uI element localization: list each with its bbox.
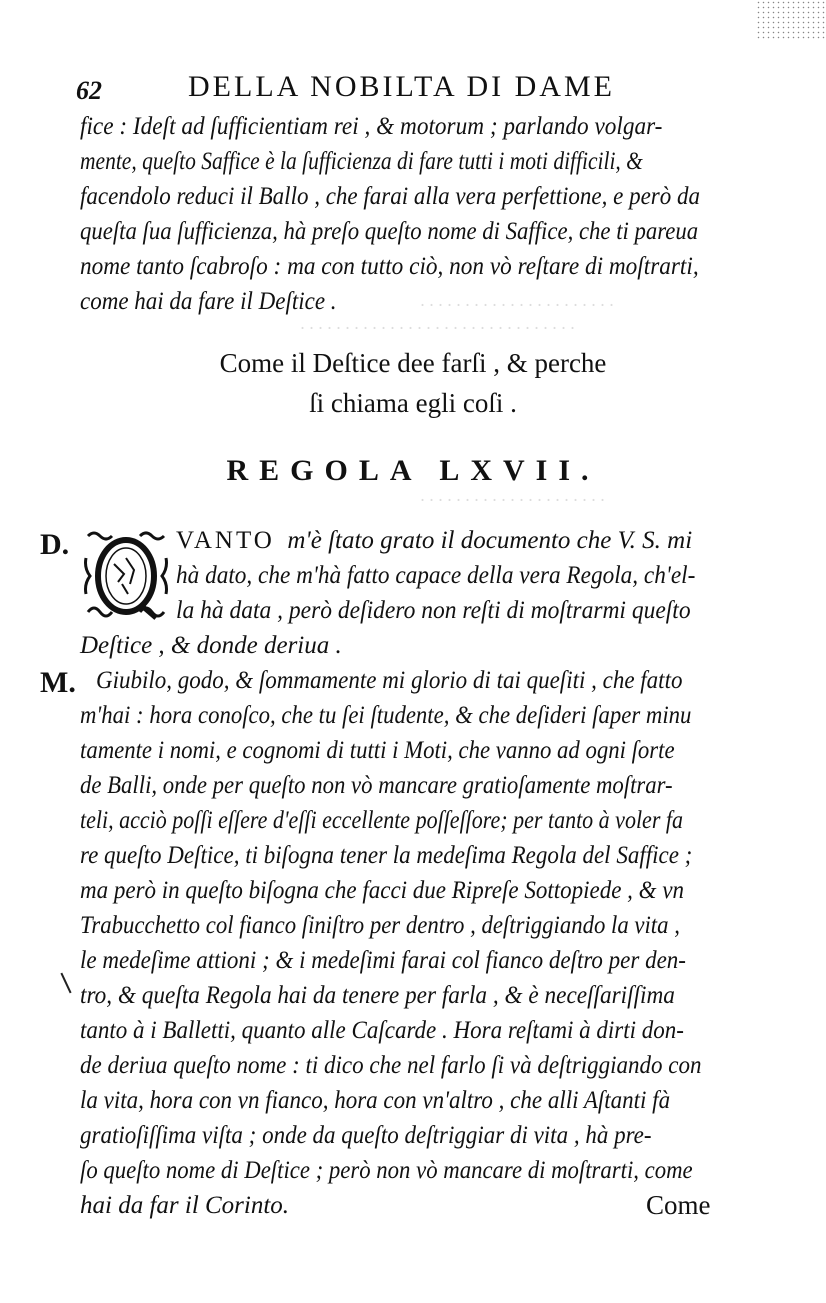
text-line: hai da far il Corinto.	[80, 1189, 289, 1223]
page-number: 62	[76, 76, 102, 106]
text-line: ma però in queſto biſogna che facci due …	[80, 874, 684, 908]
text-line: tro, & queſta Regola hai da tenere per f…	[80, 979, 675, 1013]
text-line: la vita, hora con vn fianco, hora con vn…	[80, 1084, 670, 1118]
bleed-through-text: · · · · · · · · · · · · · · · · · · · · …	[420, 295, 614, 316]
text-line: facendolo reduci il Ballo , che farai al…	[80, 180, 700, 214]
text-line: Trabucchetto col fianco ſiniſtro per den…	[80, 909, 680, 943]
speaker-label-m: M.	[40, 666, 76, 700]
text-line: gratioſiſſima viſta ; onde da queſto deſ…	[80, 1119, 652, 1153]
text-line: hà dato, che m'hà fatto capace della ver…	[176, 559, 695, 593]
first-word: VANTO	[176, 527, 275, 554]
text-line: VANTO m'è ſtato grato il documento che V…	[176, 524, 692, 558]
text-line: come hai da fare il Deſtice .	[80, 285, 337, 319]
text-line: fice : Ideſt ad ſufficientiam rei , & mo…	[80, 110, 662, 144]
text-line: m'hai : hora conoſco, che tu ſei ſtudent…	[80, 699, 691, 733]
text-line: de deriua queſto nome : ti dico che nel …	[80, 1049, 702, 1083]
running-title: DELLA NOBILTA DI DAME	[188, 70, 615, 104]
catchword: Come	[646, 1190, 711, 1221]
text-line: teli, acciò poſſi eſſere d'eſſi eccellen…	[80, 804, 683, 838]
line-text: m'è ſtato grato il documento che V. S. m…	[287, 527, 692, 554]
text-line: Giubilo, godo, & ſommamente mi glorio di…	[96, 664, 682, 698]
bleed-through-text: · · · · · · · · · · · · · · · · · · · · …	[300, 318, 575, 339]
section-heading-line-1: Come il Deſtice dee farſi , & perche	[0, 348, 826, 379]
rule-heading: REGOLA LXVII.	[0, 454, 826, 488]
marginal-mark	[60, 973, 71, 994]
bleed-through-text: · · · · · · · · · · · · · · · · · · · · …	[420, 490, 605, 511]
speaker-label-d: D.	[40, 528, 69, 562]
text-line: ſo queſto nome di Deſtice ; però non vò …	[80, 1154, 693, 1188]
text-line: de Balli, onde per queſto non vò mancare…	[80, 769, 673, 803]
text-line: Deſtice , & donde deriua .	[80, 629, 342, 663]
text-line: mente, queſto Saffice è la ſufficienza d…	[80, 145, 643, 179]
text-line: tamente i nomi, e cognomi di tutti i Mot…	[80, 734, 675, 768]
scan-noise	[756, 0, 826, 40]
text-line: nome tanto ſcabroſo : ma con tutto ciò, …	[80, 250, 699, 284]
section-heading-line-2: ſi chiama egli coſi .	[0, 388, 826, 419]
text-line: re queſto Deſtice, ti biſogna tener la m…	[80, 839, 692, 873]
text-line: le medeſime attioni ; & i medeſimi farai…	[80, 944, 686, 978]
ornamental-drop-cap-icon	[82, 528, 170, 620]
running-head: 62 DELLA NOBILTA DI DAME	[76, 70, 696, 110]
book-page: · · · · · · · · · · · · · · · · · · · · …	[0, 0, 826, 1303]
text-line: queſta ſua ſufficienza, hà preſo queſto …	[80, 215, 698, 249]
text-line: tanto à i Balletti, quanto alle Caſcarde…	[80, 1014, 684, 1048]
text-line: la hà data , però deſidero non reſti di …	[176, 594, 691, 628]
